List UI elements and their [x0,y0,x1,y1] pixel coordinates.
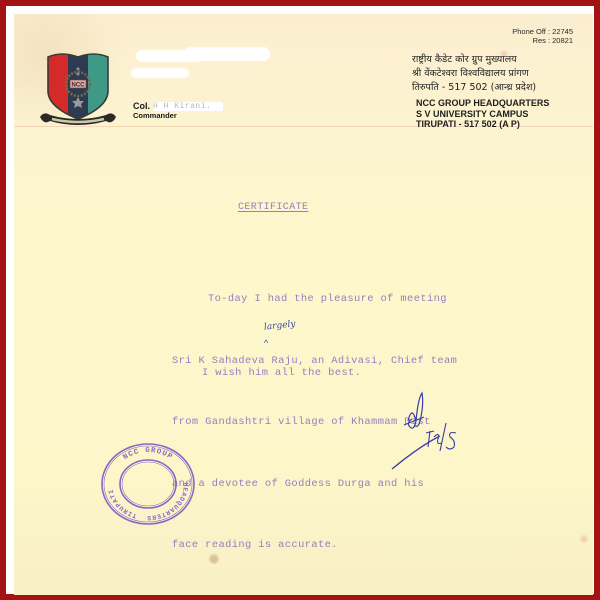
redacted-patch [131,68,189,78]
closing-line: I wish him all the best. [202,367,361,379]
body-line: To-day I had the pleasure of meeting [172,289,457,310]
hindi-address: राष्ट्रीय कैडेट कोर ग्रुप मुख्यालय श्री … [412,53,536,95]
commander-name: Col. H H Kirani. [133,101,223,111]
document-frame: NCC Col. H H Kirani. Commander Phone Off… [6,6,594,594]
insert-caret-icon: ^ [264,338,268,348]
signature [390,391,480,473]
svg-text:NCC: NCC [72,83,86,89]
commander-block: Col. H H Kirani. Commander [133,101,223,121]
body-line: and a devotee of Goddess Durga and his [172,474,457,495]
hindi-address-line: श्री वेंकटेश्वरा विश्वविद्यालय प्रांगण [412,67,536,81]
commander-title: Commander [133,111,223,121]
letter-paper: NCC Col. H H Kirani. Commander Phone Off… [14,14,593,595]
english-address-line: S V UNIVERSITY CAMPUS [416,109,549,120]
ncc-crest-icon: NCC [38,49,118,129]
commander-prefix: Col. [133,101,150,111]
redacted-patch [184,47,270,61]
commander-name-redacted: H H Kirani. [153,102,223,111]
ncc-seal-stamp: NCC GROUP HEADQUARTERS TIRUPATI [98,438,198,526]
english-address: NCC GROUP HEADQUARTERS S V UNIVERSITY CA… [416,98,549,130]
hindi-address-line: राष्ट्रीय कैडेट कोर ग्रुप मुख्यालय [412,53,536,67]
english-address-line: NCC GROUP HEADQUARTERS [416,98,549,109]
phone-residence: Res : 20821 [512,36,573,45]
phone-block: Phone Off : 22745 Res : 20821 [512,27,573,45]
body-line: face reading is accurate. [172,535,457,556]
hindi-address-line: तिरुपति - 517 502 (आन्ध्र प्रदेश) [412,81,536,95]
phone-office: Phone Off : 22745 [512,27,573,36]
certificate-title: CERTIFICATE [238,202,308,213]
english-address-line: TIRUPATI - 517 502 (A P) [416,119,549,130]
